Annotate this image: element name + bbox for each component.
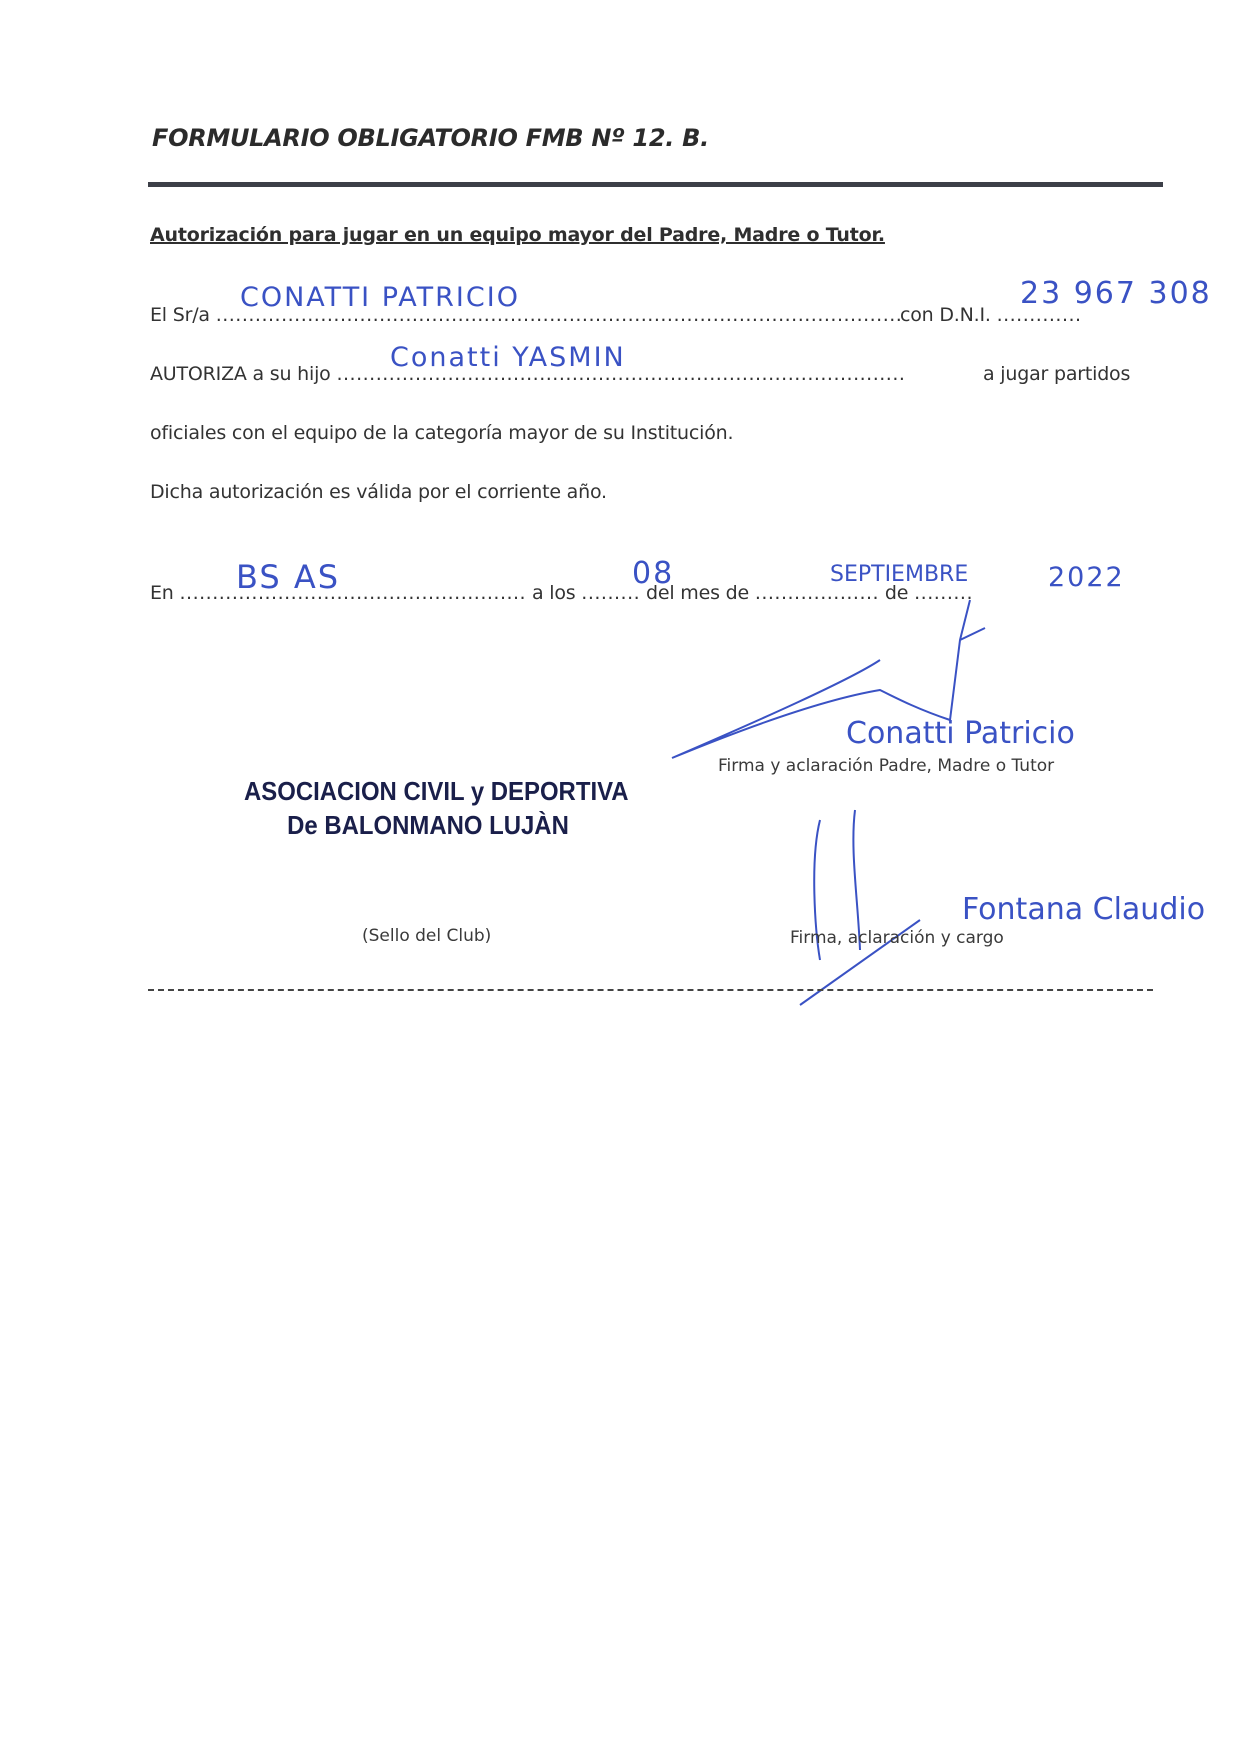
handwritten-place: BS AS: [236, 558, 340, 596]
text-oficiales: oficiales con el equipo de la categoría …: [150, 422, 733, 444]
text-validez: Dicha autorización es válida por el corr…: [150, 481, 607, 503]
label-dni: con D.N.I.: [900, 304, 991, 326]
caption-parent-signature: Firma y aclaración Padre, Madre o Tutor: [718, 756, 1054, 776]
handwritten-parent-signature: Conatti Patricio: [846, 716, 1075, 751]
handwritten-dni: 23 967 308: [1020, 276, 1212, 311]
handwritten-child-name: Conatti YASMIN: [390, 342, 626, 373]
label-autoriza: AUTORIZA a su hijo: [150, 363, 331, 385]
label-jugar-partidos: a jugar partidos: [983, 363, 1130, 385]
caption-club-seal: (Sello del Club): [362, 926, 491, 946]
club-name-line1: ASOCIACION CIVIL y DEPORTIVA: [244, 774, 612, 808]
club-stamp: ASOCIACION CIVIL y DEPORTIVA De BALONMAN…: [244, 774, 612, 842]
place-field[interactable]: ........................................…: [180, 582, 527, 604]
label-a-los: a los: [532, 582, 576, 604]
handwritten-year: 2022: [1048, 562, 1125, 593]
label-sr: El Sr/a: [150, 304, 210, 326]
handwritten-day: 08: [632, 556, 674, 591]
form-subtitle: Autorización para jugar en un equipo may…: [150, 224, 885, 246]
handwritten-parent-name: CONATTI PATRICIO: [240, 282, 520, 313]
label-en: En: [150, 582, 174, 604]
handwritten-month: SEPTIEMBRE: [830, 562, 968, 587]
caption-official-signature: Firma, aclaración y cargo: [790, 928, 1004, 948]
header-rule: [148, 182, 1163, 187]
form-title: FORMULARIO OBLIGATORIO FMB Nº 12. B.: [152, 124, 709, 152]
handwritten-official-signature: Fontana Claudio: [962, 892, 1205, 927]
cut-line: [148, 989, 1153, 991]
parent-signature-scribble: [0, 0, 1240, 1753]
club-name-line2: De BALONMANO LUJÀN: [244, 808, 612, 842]
